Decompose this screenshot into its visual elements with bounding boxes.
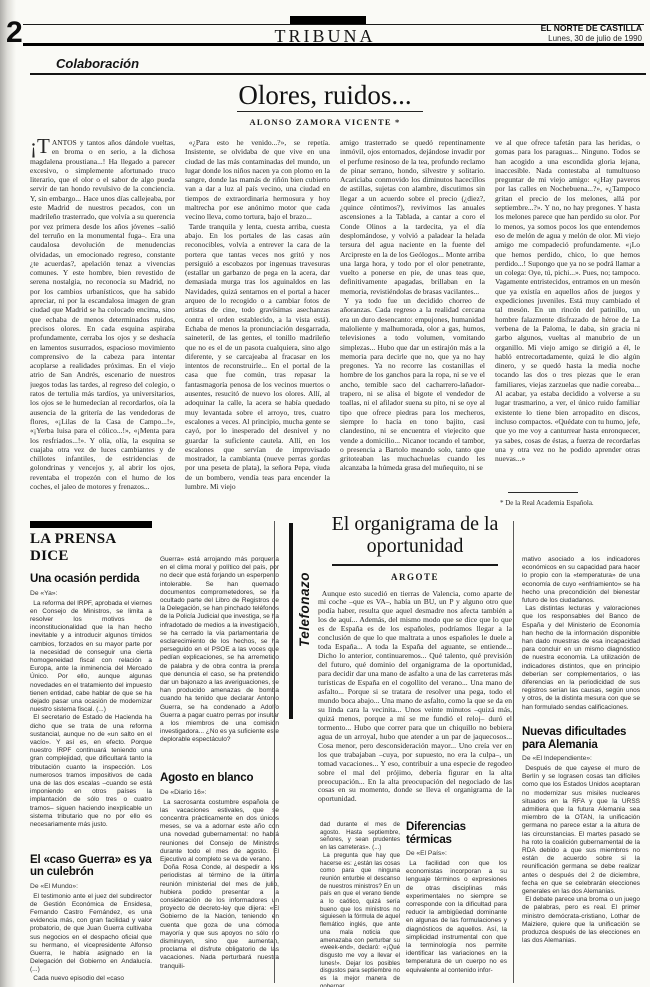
telefonazo-article: El organigrama de la oportunidad ARGOTE … xyxy=(318,514,512,828)
article-byline: ALONSO ZAMORA VICENTE * xyxy=(0,117,650,127)
footnote-rule xyxy=(508,492,578,493)
prensa-column-5: mativo asociado a los indicadores económ… xyxy=(522,556,640,987)
header-rule-thick xyxy=(23,43,644,46)
prensa-item-body: El testimonio ante el juez del subdirect… xyxy=(30,893,152,983)
prensa-item-title: Nuevas dificultades para Alemania xyxy=(522,726,640,751)
prensa-item-title: El «caso Guerra» es ya un culebrón xyxy=(30,854,152,879)
prensa-column-3: dad durante el mes de agosto. Hasta sept… xyxy=(320,821,400,987)
article-column-4: ve al que ofrece tafetán para las herida… xyxy=(495,138,640,480)
telefonazo-title-rule xyxy=(332,564,498,566)
prensa-item-source: De «El País»: xyxy=(406,850,507,857)
column-divider xyxy=(513,521,514,983)
prensa-header-bar xyxy=(30,521,152,528)
telefonazo-article-title: El organigrama de la oportunidad xyxy=(318,514,512,557)
prensa-item-body: mativo asociado a los indicadores económ… xyxy=(522,556,640,720)
article-column-2: «¿Para esto he venido...?», se repetía. … xyxy=(185,138,330,510)
masthead-date: Lunes, 30 de julio de 1990 xyxy=(541,34,642,44)
newspaper-page: 2 TRIBUNA EL NORTE DE CASTILLA Lunes, 30… xyxy=(0,0,650,987)
kicker: Colaboración xyxy=(56,56,139,71)
prensa-item-source: De «Diario 16»: xyxy=(160,789,279,796)
prensa-item-body: dad durante el mes de agosto. Hasta sept… xyxy=(320,821,400,987)
prensa-item-body: La sacrosanta costumbre española de las … xyxy=(160,799,279,971)
prensa-item-title: Diferencias térmicas xyxy=(406,821,507,846)
prensa-item-body: Después de que cayese el muro de Berlín … xyxy=(522,765,640,945)
prensa-item-source: De «Ya»: xyxy=(30,590,152,597)
column-divider xyxy=(274,521,275,983)
prensa-item-source: De «El Independiente»: xyxy=(522,755,640,762)
telefonazo-label: Telefonazo xyxy=(297,542,315,677)
prensa-column-2: Guerra» está arrojando más porquería en … xyxy=(160,556,279,987)
article-column-1: ¡TANTOS y tantos años dándole vueltas, e… xyxy=(30,138,175,510)
masthead-paper-name: EL NORTE DE CASTILLA xyxy=(541,24,642,34)
prensa-column-4: Diferencias térmicas De «El País»: La fa… xyxy=(406,821,507,987)
telefonazo-bar xyxy=(289,523,293,719)
telefonazo-article-byline: ARGOTE xyxy=(318,572,512,582)
telefonazo-article-body: Aunque esto sucedió en tierras de Valenc… xyxy=(318,590,512,828)
masthead: EL NORTE DE CASTILLA Lunes, 30 de julio … xyxy=(541,24,642,43)
prensa-item-source: De «El Mundo»: xyxy=(30,883,152,890)
prensa-item-title: Agosto en blanco xyxy=(160,772,279,785)
kicker-rule xyxy=(30,73,646,75)
article-title: Olores, ruidos... xyxy=(0,80,650,111)
prensa-column-1: LA PRENSA DICE Una ocasión perdida De «Y… xyxy=(30,521,152,987)
prensa-item-title: Una ocasión perdida xyxy=(30,573,152,586)
header-black-tab xyxy=(290,16,366,24)
article-footnote: * De la Real Academia Española. xyxy=(500,499,642,507)
prensa-header: LA PRENSA DICE xyxy=(30,531,152,565)
prensa-item-body: La facilidad con que los economistas inc… xyxy=(406,860,507,987)
article-dropcap: ¡T xyxy=(30,138,52,155)
article-column-3: amigo trasterrado se quedó repentinament… xyxy=(340,138,485,510)
prensa-item-body: Guerra» está arrojando más porquería en … xyxy=(160,556,279,766)
page-edge-shadow xyxy=(0,0,16,987)
article-column-1-text: ANTOS y tantos años dándole vueltas, en … xyxy=(30,138,175,491)
article-title-rule xyxy=(237,111,423,112)
prensa-item-body: La reforma del IRPF, aprobada el viernes… xyxy=(30,600,152,848)
